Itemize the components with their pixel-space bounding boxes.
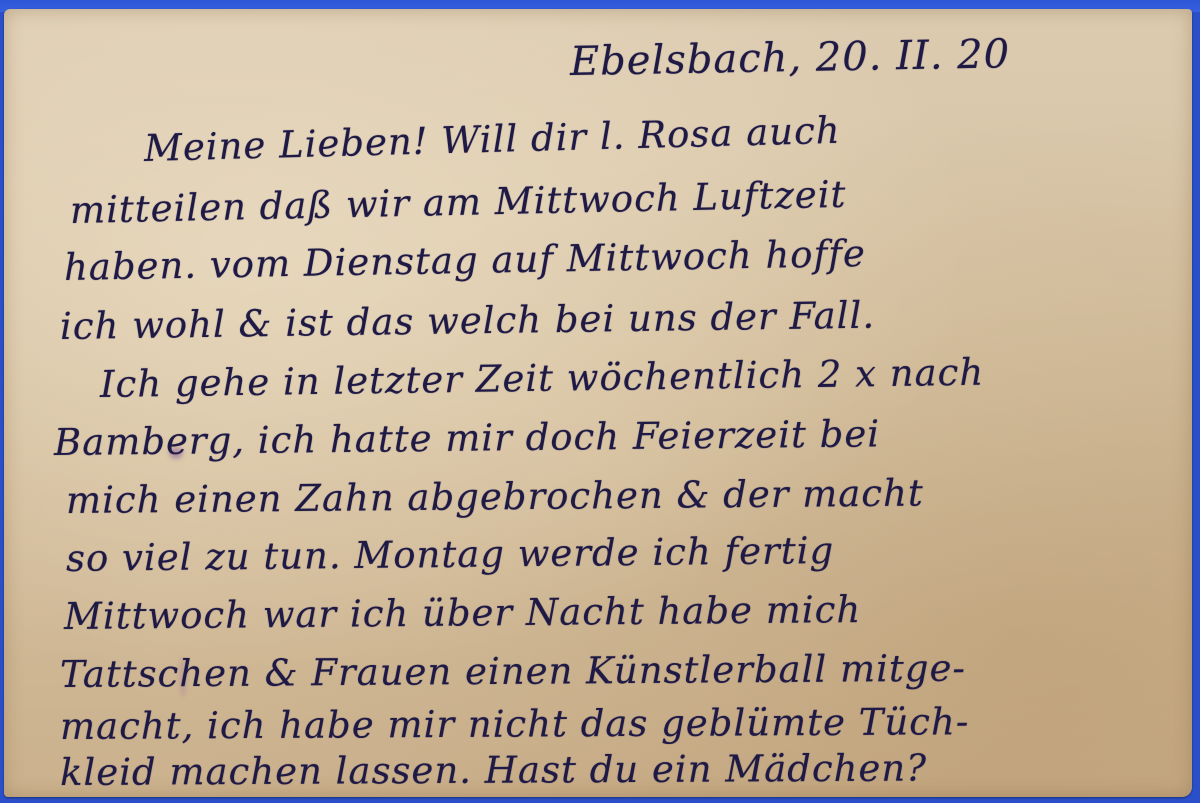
postcard: Ebelsbach, 20. II. 20 Meine Lieben! Will…	[4, 9, 1192, 797]
place-date-heading: Ebelsbach, 20. II. 20	[570, 31, 1011, 85]
letter-line-2: mitteilen daß wir am Mittwoch Luftzeit	[70, 173, 847, 232]
letter-line-3: haben. vom Dienstag auf Mittwoch hoffe	[64, 232, 867, 289]
letter-line-4: ich wohl & ist das welch bei uns der Fal…	[60, 294, 876, 348]
letter-line-11: macht, ich habe mir nicht das geblümte T…	[60, 700, 969, 748]
letter-line-7: mich einen Zahn abgebrochen & der macht	[66, 472, 924, 522]
letter-line-12: kleid machen lassen. Hast du ein Mädchen…	[60, 746, 927, 794]
letter-line-8: so viel zu tun. Montag werde ich fertig	[66, 529, 835, 580]
letter-line-6: Bamberg, ich hatte mir doch Feierzeit be…	[54, 412, 881, 464]
letter-line-10: Tattschen & Frauen einen Künstlerball mi…	[60, 647, 966, 696]
letter-line-1: Meine Lieben! Will dir l. Rosa auch	[143, 109, 841, 170]
letter-line-9: Mittwoch war ich über Nacht habe mich	[64, 588, 862, 638]
letter-line-5: Ich gehe in letzter Zeit wöchentlich 2 x…	[100, 351, 985, 406]
